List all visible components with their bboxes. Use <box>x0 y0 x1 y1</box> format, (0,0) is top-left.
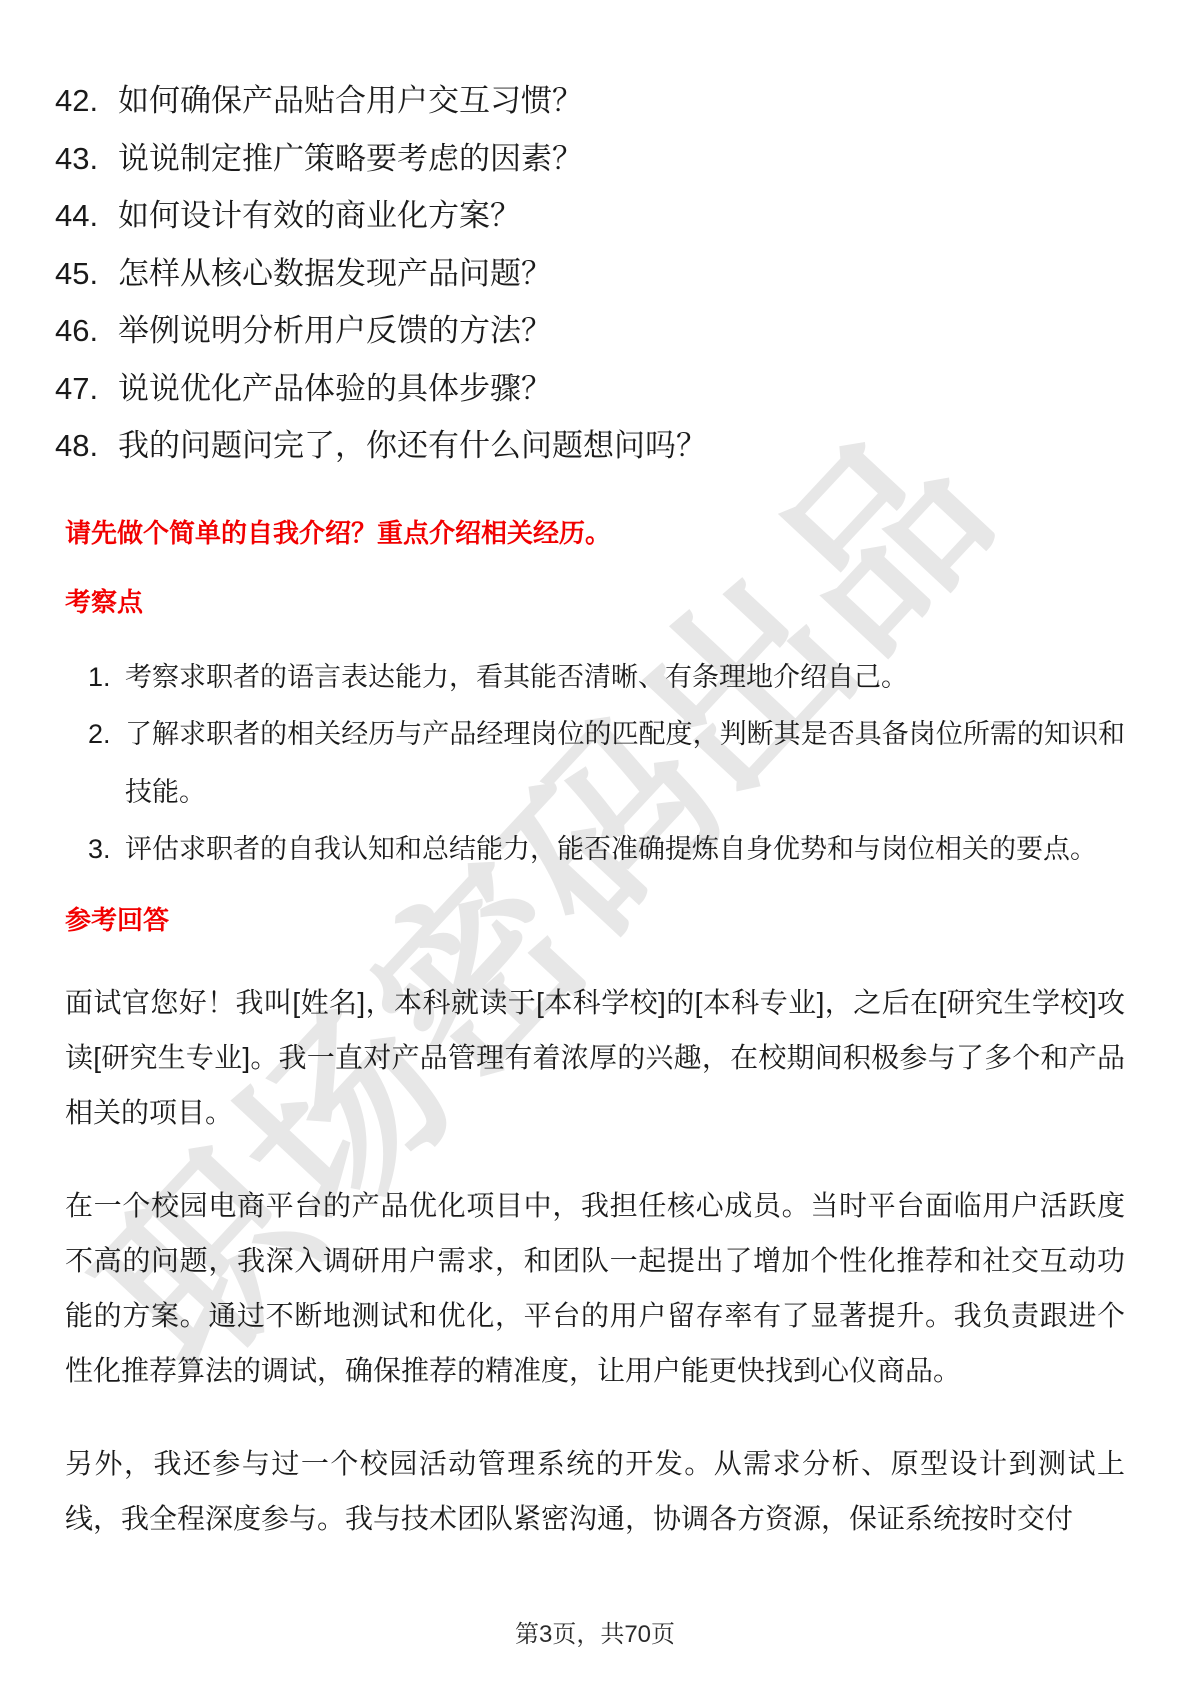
question-item: 44. 如何设计有效的商业化方案？ <box>55 187 1125 245</box>
page-content: 42. 如何确保产品贴合用户交互习惯？ 43. 说说制定推广策略要考虑的因素？ … <box>0 0 1190 1546</box>
examine-point-item: 1. 考察求职者的语言表达能力，看其能否清晰、有条理地介绍自己。 <box>88 649 1125 707</box>
point-text: 评估求职者的自我认知和总结能力，能否准确提炼自身优势和与岗位相关的要点。 <box>125 821 1125 879</box>
question-text: 如何确保产品贴合用户交互习惯？ <box>118 72 1125 130</box>
question-number: 47. <box>55 360 118 418</box>
answer-paragraph: 在一个校园电商平台的产品优化项目中，我担任核心成员。当时平台面临用户活跃度不高的… <box>65 1178 1125 1398</box>
point-text: 了解求职者的相关经历与产品经理岗位的匹配度，判断其是否具备岗位所需的知识和技能。 <box>125 706 1125 821</box>
document-page: 职场密码出品 42. 如何确保产品贴合用户交互习惯？ 43. 说说制定推广策略要… <box>0 0 1190 1684</box>
question-number: 45. <box>55 245 118 303</box>
reference-answer-heading: 参考回答 <box>65 903 1125 937</box>
question-list: 42. 如何确保产品贴合用户交互习惯？ 43. 说说制定推广策略要考虑的因素？ … <box>55 72 1125 475</box>
point-number: 1. <box>88 649 125 707</box>
question-text: 举例说明分析用户反馈的方法？ <box>118 302 1125 360</box>
question-item: 42. 如何确保产品贴合用户交互习惯？ <box>55 72 1125 130</box>
question-item: 48. 我的问题问完了，你还有什么问题想问吗？ <box>55 417 1125 475</box>
question-item: 46. 举例说明分析用户反馈的方法？ <box>55 302 1125 360</box>
question-item: 45. 怎样从核心数据发现产品问题？ <box>55 245 1125 303</box>
question-number: 46. <box>55 302 118 360</box>
examine-point-item: 2. 了解求职者的相关经历与产品经理岗位的匹配度，判断其是否具备岗位所需的知识和… <box>88 706 1125 821</box>
answer-paragraph: 另外，我还参与过一个校园活动管理系统的开发。从需求分析、原型设计到测试上线，我全… <box>65 1436 1125 1546</box>
question-text: 说说制定推广策略要考虑的因素？ <box>118 130 1125 188</box>
question-text: 说说优化产品体验的具体步骤？ <box>118 360 1125 418</box>
question-text: 如何设计有效的商业化方案？ <box>118 187 1125 245</box>
examine-point-item: 3. 评估求职者的自我认知和总结能力，能否准确提炼自身优势和与岗位相关的要点。 <box>88 821 1125 879</box>
answer-paragraph: 面试官您好！我叫[姓名]，本科就读于[本科学校]的[本科专业]，之后在[研究生学… <box>65 975 1125 1140</box>
question-item: 43. 说说制定推广策略要考虑的因素？ <box>55 130 1125 188</box>
current-question-title: 请先做个简单的自我介绍？重点介绍相关经历。 <box>65 515 1125 551</box>
question-number: 48. <box>55 417 118 475</box>
point-text: 考察求职者的语言表达能力，看其能否清晰、有条理地介绍自己。 <box>125 649 1125 707</box>
question-text: 我的问题问完了，你还有什么问题想问吗？ <box>118 417 1125 475</box>
question-text: 怎样从核心数据发现产品问题？ <box>118 245 1125 303</box>
question-item: 47. 说说优化产品体验的具体步骤？ <box>55 360 1125 418</box>
question-number: 44. <box>55 187 118 245</box>
reference-answer: 面试官您好！我叫[姓名]，本科就读于[本科学校]的[本科专业]，之后在[研究生学… <box>55 975 1125 1546</box>
examine-points-heading: 考察点 <box>65 585 1125 619</box>
examine-points-list: 1. 考察求职者的语言表达能力，看其能否清晰、有条理地介绍自己。 2. 了解求职… <box>88 649 1125 879</box>
point-number: 2. <box>88 706 125 821</box>
page-number-footer: 第3页，共70页 <box>0 1614 1190 1649</box>
point-number: 3. <box>88 821 125 879</box>
question-number: 43. <box>55 130 118 188</box>
question-number: 42. <box>55 72 118 130</box>
